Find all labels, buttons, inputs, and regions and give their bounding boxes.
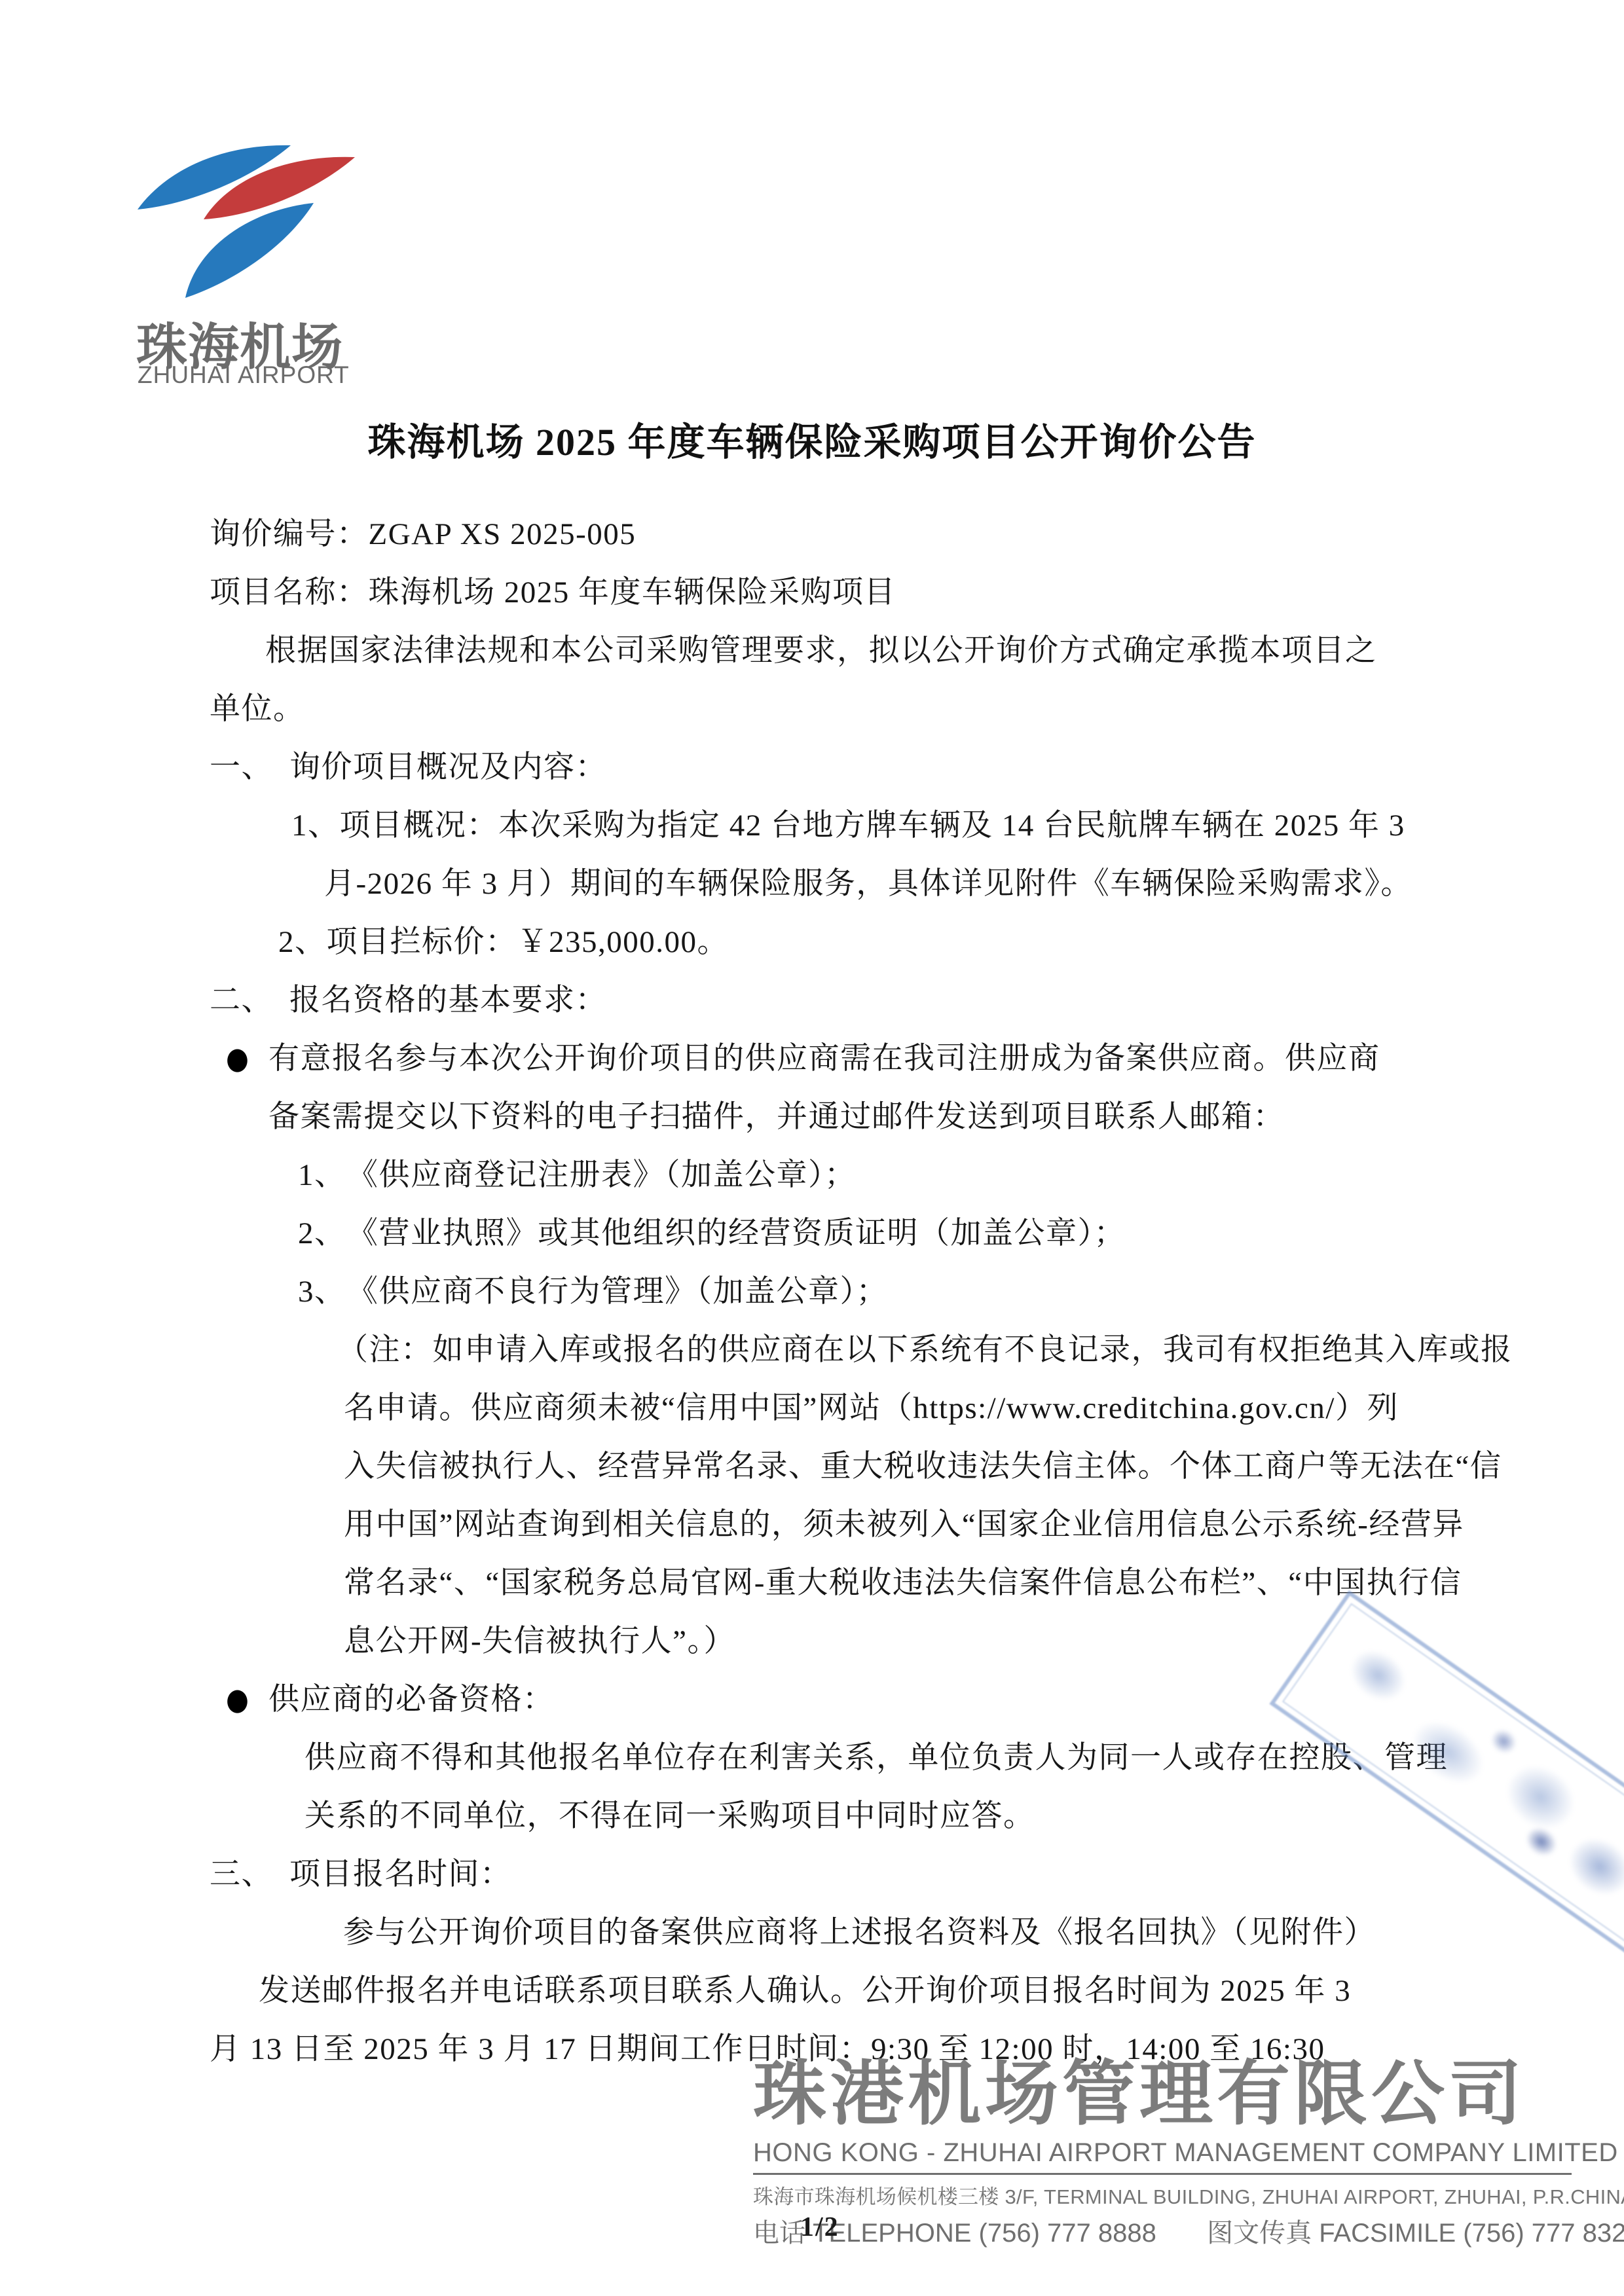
document-line: （注：如申请入库或报名的供应商在以下系统有不良记录，我司有权拒绝其入库或报 xyxy=(210,1321,1454,1379)
line-text: 发送邮件报名并电话联系项目联系人确认。公开询价项目报名时间为 2025 年 3 xyxy=(259,1974,1351,2008)
line-text: 入失信被执行人、经营异常名录、重大税收违法失信主体。个体工商户等无法在“信 xyxy=(344,1449,1502,1484)
line-text: 2、 《营业执照》或其他组织的经营资质证明（加盖公章）； xyxy=(298,1216,1126,1250)
footer-company-name-cn: 珠港机场管理有限公司 xyxy=(753,2057,1585,2131)
line-text: 2、项目拦标价：￥235,000.00。 xyxy=(278,925,729,959)
company-footer: 珠港机场管理有限公司 HONG KONG - ZHUHAI AIRPORT MA… xyxy=(753,2057,1585,2250)
document-line: 一、 询价项目概况及内容： xyxy=(210,738,1454,797)
line-text: 参与公开询价项目的备案供应商将上述报名资料及《报名回执》（见附件） xyxy=(343,1916,1376,1950)
document-line: 备案需提交以下资料的电子扫描件，并通过邮件发送到项目联系人邮箱： xyxy=(210,1088,1454,1146)
document-line: 1、项目概况：本次采购为指定 42 台地方牌车辆及 14 台民航牌车辆在 202… xyxy=(210,797,1454,855)
line-text: 常名录“、“国家税务总局官网-重大税收违法失信案件信息公布栏”、“中国执行信 xyxy=(344,1566,1462,1600)
document-line: 发送邮件报名并电话联系项目联系人确认。公开询价项目报名时间为 2025 年 3 xyxy=(210,1962,1454,2020)
document-body: 询价编号：ZGAP XS 2025-005项目名称：珠海机场 2025 年度车辆… xyxy=(210,505,1454,2079)
document-line: 息公开网-失信被执行人”。） xyxy=(210,1613,1454,1671)
footer-address: 珠海市珠海机场候机楼三楼 3/F, TERMINAL BUILDING, ZHU… xyxy=(753,2180,1585,2210)
document-line: 单位。 xyxy=(210,680,1454,738)
footer-phone-fax: 电话 TELEPHONE (756) 777 8888 图文传真 FACSIMI… xyxy=(753,2212,1585,2250)
document-line: 项目名称：珠海机场 2025 年度车辆保险采购项目 xyxy=(210,564,1454,622)
document-line: 2、项目拦标价：￥235,000.00。 xyxy=(210,913,1454,972)
logo-english-name: ZHUHAI AIRPORT xyxy=(138,361,350,389)
footer-fax: 图文传真 FACSIMILE (756) 777 8325 xyxy=(1207,2219,1624,2248)
document-line: 根据国家法律法规和本公司采购管理要求，拟以公开询价方式确定承揽本项目之 xyxy=(210,622,1454,680)
document-line: 常名录“、“国家税务总局官网-重大税收违法失信案件信息公布栏”、“中国执行信 xyxy=(210,1554,1454,1613)
line-text: 1、项目概况：本次采购为指定 42 台地方牌车辆及 14 台民航牌车辆在 202… xyxy=(291,809,1405,843)
document-line: 二、 报名资格的基本要求： xyxy=(210,972,1454,1030)
line-text: 备案需提交以下资料的电子扫描件，并通过邮件发送到项目联系人邮箱： xyxy=(268,1100,1285,1134)
line-text: 息公开网-失信被执行人”。） xyxy=(344,1624,735,1658)
document-line: 月-2026 年 3 月）期间的车辆保险服务，具体详见附件《车辆保险采购需求》。 xyxy=(210,855,1454,913)
document-line: 供应商不得和其他报名单位存在利害关系，单位负责人为同一人或存在控股、管理 xyxy=(210,1729,1454,1787)
line-text: 有意报名参与本次公开询价项目的供应商需在我司注册成为备案供应商。供应商 xyxy=(268,1042,1380,1076)
list-bullet-icon: ● xyxy=(226,1025,249,1092)
document-line: 用中国”网站查询到相关信息的，须未被列入“国家企业信用信息公示系统-经营异 xyxy=(210,1496,1454,1554)
line-text: 根据国家法律法规和本公司采购管理要求，拟以公开询价方式确定承揽本项目之 xyxy=(265,634,1377,668)
line-text: 项目名称：珠海机场 2025 年度车辆保险采购项目 xyxy=(210,575,896,610)
footer-divider-line xyxy=(753,2173,1572,2175)
line-text: 用中国”网站查询到相关信息的，须未被列入“国家企业信用信息公示系统-经营异 xyxy=(344,1508,1464,1542)
list-bullet-icon: ● xyxy=(226,1666,249,1733)
line-text: 名申请。供应商须未被“信用中国”网站（https://www.creditchi… xyxy=(344,1391,1399,1425)
document-line: 名申请。供应商须未被“信用中国”网站（https://www.creditchi… xyxy=(210,1379,1454,1438)
line-text: 单位。 xyxy=(210,692,305,726)
document-line: 入失信被执行人、经营异常名录、重大税收违法失信主体。个体工商户等无法在“信 xyxy=(210,1438,1454,1496)
document-line: ●供应商的必备资格： xyxy=(210,1671,1454,1729)
page-number: 1/2 xyxy=(800,2212,840,2243)
line-text: 二、 报名资格的基本要求： xyxy=(210,983,607,1017)
document-title: 珠海机场 2025 年度车辆保险采购项目公开询价公告 xyxy=(0,411,1624,466)
footer-company-name-en: HONG KONG - ZHUHAI AIRPORT MANAGEMENT CO… xyxy=(753,2138,1585,2168)
document-line: 询价编号：ZGAP XS 2025-005 xyxy=(210,505,1454,564)
line-text: （注：如申请入库或报名的供应商在以下系统有不良记录，我司有权拒绝其入库或报 xyxy=(337,1333,1513,1367)
zhuhai-airport-logo: 珠海机场 ZHUHAI AIRPORT xyxy=(131,118,393,399)
line-text: 关系的不同单位，不得在同一采购项目中同时应答。 xyxy=(304,1799,1035,1833)
line-text: 一、 询价项目概况及内容： xyxy=(210,750,607,784)
document-line: 关系的不同单位，不得在同一采购项目中同时应答。 xyxy=(210,1787,1454,1846)
scanned-document-page: 珠海机场 ZHUHAI AIRPORT 珠海机场 2025 年度车辆保险采购项目… xyxy=(0,0,1624,2296)
airport-swoosh-icon xyxy=(131,118,380,308)
document-line: 三、 项目报名时间： xyxy=(210,1846,1454,1904)
line-text: 3、 《供应商不良行为管理》（加盖公章）； xyxy=(298,1275,888,1309)
document-line: 1、 《供应商登记注册表》（加盖公章）； xyxy=(210,1146,1454,1205)
document-line: ●有意报名参与本次公开询价项目的供应商需在我司注册成为备案供应商。供应商 xyxy=(210,1030,1454,1088)
document-line: 2、 《营业执照》或其他组织的经营资质证明（加盖公章）； xyxy=(210,1205,1454,1263)
line-text: 月-2026 年 3 月）期间的车辆保险服务，具体详见附件《车辆保险采购需求》。 xyxy=(324,867,1412,901)
line-text: 供应商不得和其他报名单位存在利害关系，单位负责人为同一人或存在控股、管理 xyxy=(304,1741,1448,1775)
document-line: 3、 《供应商不良行为管理》（加盖公章）； xyxy=(210,1263,1454,1321)
document-line: 参与公开询价项目的备案供应商将上述报名资料及《报名回执》（见附件） xyxy=(210,1904,1454,1962)
line-text: 1、 《供应商登记注册表》（加盖公章）； xyxy=(298,1158,857,1192)
line-text: 三、 项目报名时间： xyxy=(210,1857,512,1891)
line-text: 供应商的必备资格： xyxy=(268,1683,555,1717)
line-text: 询价编号：ZGAP XS 2025-005 xyxy=(210,517,636,551)
